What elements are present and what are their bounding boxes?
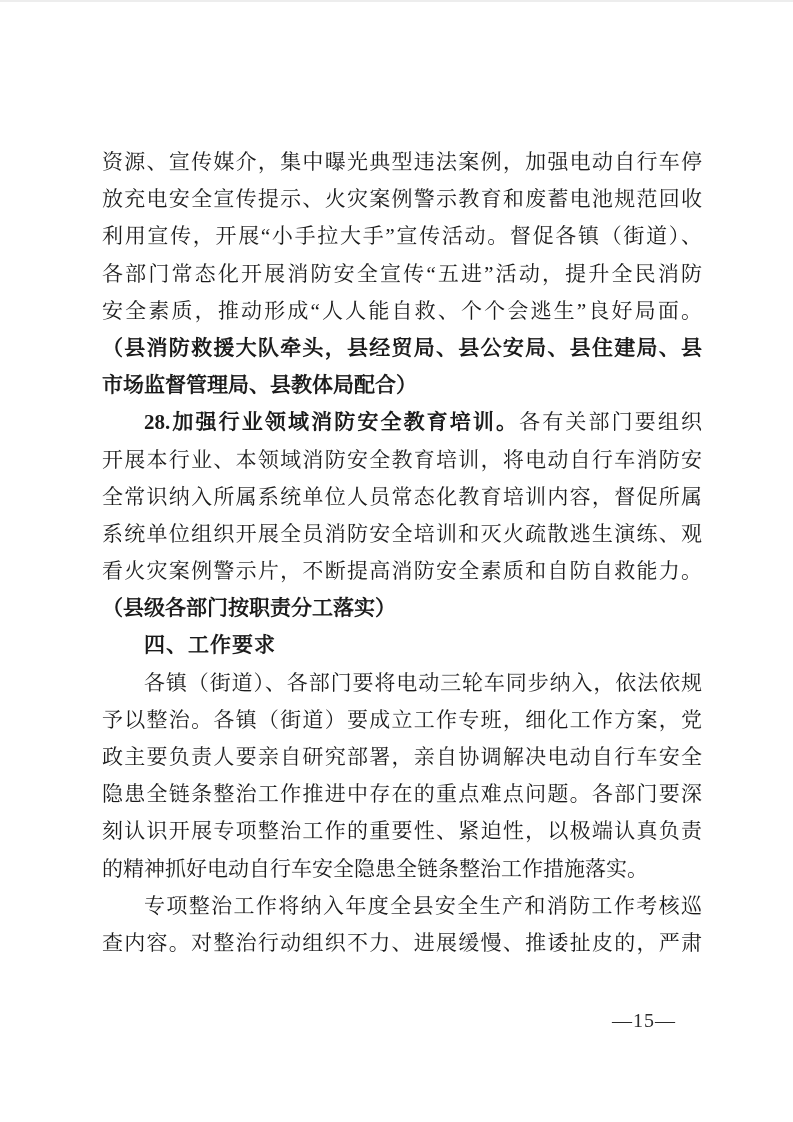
doc-line: 的精神抓好电动自行车安全隐患全链条整治工作措施落实。 (102, 851, 702, 888)
doc-line: 利用宣传，开展“小手拉大手”宣传活动。督促各镇（街道）、 (102, 218, 702, 255)
doc-line-responsibility-note: 市场监督管理局、县教体局配合） (102, 367, 702, 404)
document-page: 资源、宣传媒介，集中曝光典型违法案例，加强电动自行车停 放充电安全宣传提示、火灾… (0, 0, 793, 1122)
page-number: —15— (612, 1008, 676, 1034)
doc-line: 放充电安全宣传提示、火灾案例警示教育和废蓄电池规范回收 (102, 181, 702, 218)
document-body: 资源、宣传媒介，集中曝光典型违法案例，加强电动自行车停 放充电安全宣传提示、火灾… (102, 144, 702, 962)
doc-line: 系统单位组织开展全员消防安全培训和灭火疏散逃生演练、观 (102, 516, 702, 553)
doc-line: 隐患全链条整治工作推进中存在的重点难点问题。各部门要深 (102, 776, 702, 813)
doc-line-item-28: 28.加强行业领域消防安全教育培训。各有关部门要组织 (102, 404, 702, 441)
doc-line: 刻认识开展专项整治工作的重要性、紧迫性，以极端认真负责 (102, 813, 702, 850)
doc-line: 开展本行业、本领域消防安全教育培训，将电动自行车消防安 (102, 442, 702, 479)
doc-line: 各镇（街道）、各部门要将电动三轮车同步纳入，依法依规 (102, 665, 702, 702)
doc-line-responsibility-note: （县消防救援大队牵头，县经贸局、县公安局、县住建局、县 (102, 330, 702, 367)
doc-line: 查内容。对整治行动组织不力、进展缓慢、推诿扯皮的，严肃 (102, 925, 702, 962)
page-top-edge (0, 0, 793, 2)
body-text: 各有关部门要组织 (519, 410, 702, 434)
doc-line: 资源、宣传媒介，集中曝光典型违法案例，加强电动自行车停 (102, 144, 702, 181)
doc-line: 安全素质，推动形成“人人能自救、个个会逃生”良好局面。 (102, 293, 702, 330)
section-heading-4: 四、工作要求 (102, 627, 702, 664)
doc-line: 专项整治工作将纳入年度全县安全生产和消防工作考核巡 (102, 888, 702, 925)
doc-line: 看火灾案例警示片，不断提高消防安全素质和自防自救能力。 (102, 553, 702, 590)
doc-line: 各部门常态化开展消防安全宣传“五进”活动，提升全民消防 (102, 256, 702, 293)
item-28-heading: 28.加强行业领域消防安全教育培训。 (144, 410, 519, 434)
doc-line: 全常识纳入所属系统单位人员常态化教育培训内容，督促所属 (102, 479, 702, 516)
doc-line-responsibility-note: （县级各部门按职责分工落实） (102, 590, 702, 627)
doc-line: 予以整治。各镇（街道）要成立工作专班，细化工作方案，党 (102, 702, 702, 739)
doc-line: 政主要负责人要亲自研究部署，亲自协调解决电动自行车安全 (102, 739, 702, 776)
